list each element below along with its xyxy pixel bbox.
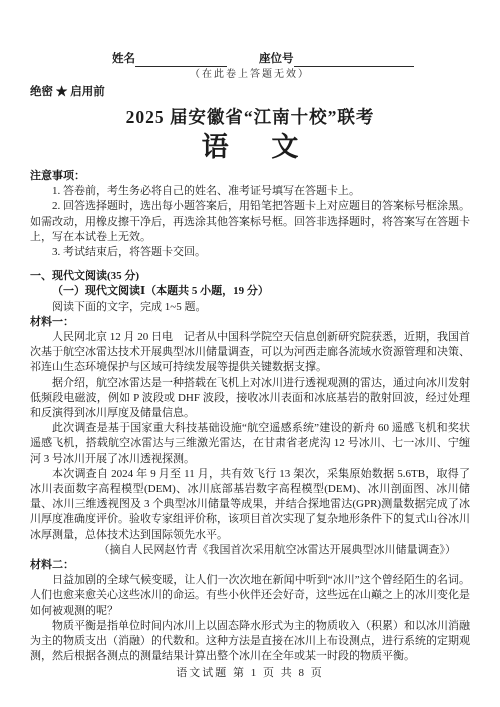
seat-label: 座位号 xyxy=(259,52,294,67)
material1-paragraph-4: 本次调查自 2024 年 9 月至 11 月，共有效飞行 13 架次，采集原始数… xyxy=(30,467,470,543)
material1-paragraph-2: 据介绍，航空冰雷达是一种搭载在飞机上对冰川进行透视观测的雷达，通过向冰川发射低频… xyxy=(30,376,470,422)
secret-label: 绝密 ★ 启用前 xyxy=(30,85,470,100)
material2-paragraph-2: 物质平衡是指单位时间内冰川上以固态降水形式为主的物质收入（积累）和以冰川消融为主… xyxy=(30,619,470,665)
notice-item-1: 1. 答卷前，考生务必将自己的姓名、准考证号填写在答题卡上。 xyxy=(30,184,470,199)
material1-paragraph-3: 此次调查是基于国家重大科技基础设施“航空遥感系统”建设的新舟 60 遥感飞机和奖… xyxy=(30,421,470,467)
material1-label: 材料一： xyxy=(30,315,470,330)
notice-heading: 注意事项： xyxy=(30,169,470,184)
seat-blank xyxy=(294,53,414,67)
material1-source: （摘自人民网赵竹青《我国首次采用航空冰雷达开展典型冰川储量调查》） xyxy=(30,543,470,558)
name-seat-row: 姓名座位号 xyxy=(112,52,470,67)
subject-title: 语 文 xyxy=(30,132,470,162)
exam-title: 2025 届安徽省“江南十校”联考 xyxy=(30,106,470,128)
notice-item-2: 2. 回答选择题时，选出每小题答案后，用铅笔把答题卡上对应题目的答案标号框涂黑。… xyxy=(30,199,470,245)
name-label: 姓名 xyxy=(112,52,135,67)
name-blank xyxy=(135,53,227,67)
material1-paragraph-1: 人民网北京 12 月 20 日电 记者从中国科学院空天信息创新研究院获悉，近期，… xyxy=(30,330,470,376)
page-footer: 语文试题 第 1 页 共 8 页 xyxy=(30,666,470,681)
material2-paragraph-1: 日益加剧的全球气候变暖，让人们一次次地在新闻中听到“冰川”这个曾经陌生的名词。人… xyxy=(30,573,470,619)
material2-label: 材料二： xyxy=(30,558,470,573)
section-heading: 一、现代文阅读(35 分) xyxy=(30,269,470,284)
exam-paper-page: 姓名座位号 （在此卷上答题无效） 绝密 ★ 启用前 2025 届安徽省“江南十校… xyxy=(0,0,500,707)
section-subheading: （一）现代文阅读Ⅰ（本题共 5 小题，19 分） xyxy=(30,284,470,299)
notice-item-3: 3. 考试结束后，将答题卡交回。 xyxy=(30,245,470,260)
invalid-note: （在此卷上答题无效） xyxy=(30,68,470,81)
section-instruction: 阅读下面的文字，完成 1~5 题。 xyxy=(30,300,470,315)
